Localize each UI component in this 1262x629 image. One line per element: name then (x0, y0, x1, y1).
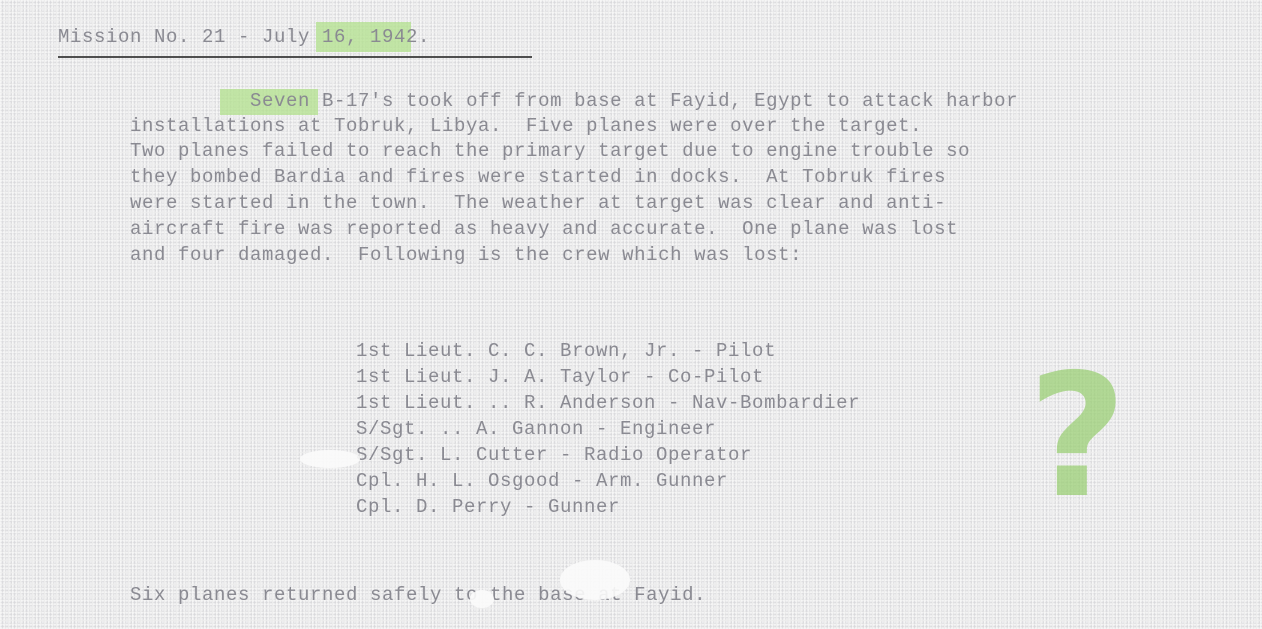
paper-blemish (560, 560, 630, 600)
question-mark-annotation: ? (1028, 352, 1127, 522)
paragraph-line: aircraft fire was reported as heavy and … (130, 218, 958, 240)
paragraph-line: Two planes failed to reach the primary t… (130, 140, 970, 162)
crew-entry: S/Sgt. .. A. Gannon - Engineer (356, 418, 716, 440)
crew-entry: Cpl. H. L. Osgood - Arm. Gunner (356, 470, 728, 492)
crew-entry: 1st Lieut. C. C. Brown, Jr. - Pilot (356, 340, 776, 362)
crew-entry: 1st Lieut. .. R. Anderson - Nav-Bombardi… (356, 392, 860, 414)
mission-heading: Mission No. 21 - July 16, 1942. (58, 26, 430, 48)
paper-blemish (470, 590, 494, 608)
heading-underline (58, 56, 532, 58)
paragraph-line: and four damaged. Following is the crew … (130, 244, 802, 266)
paper-blemish (300, 450, 360, 468)
crew-entry: Cpl. D. Perry - Gunner (356, 496, 620, 518)
crew-entry: S/Sgt. L. Cutter - Radio Operator (356, 444, 752, 466)
paragraph-line: were started in the town. The weather at… (130, 192, 946, 214)
paragraph-line: Seven B-17's took off from base at Fayid… (130, 90, 1018, 112)
paragraph-line: they bombed Bardia and fires were starte… (130, 166, 946, 188)
crew-entry: 1st Lieut. J. A. Taylor - Co-Pilot (356, 366, 764, 388)
paragraph-line: installations at Tobruk, Libya. Five pla… (130, 115, 922, 137)
